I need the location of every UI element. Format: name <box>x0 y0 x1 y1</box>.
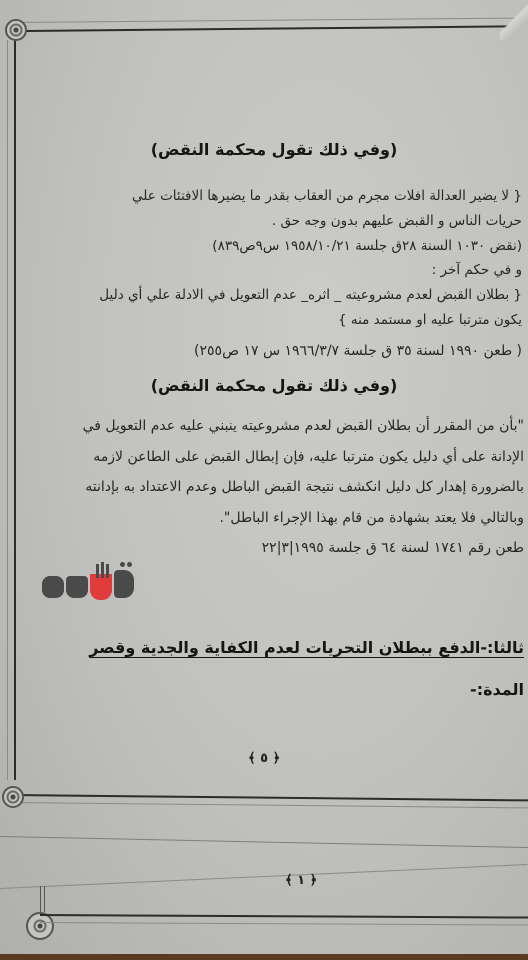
quote-line: { لا يضير العدالة افلات مجرم من العقاب ب… <box>132 188 522 204</box>
quote-line: "بأن من المقرر أن بطلان القبض لعدم مشروع… <box>83 418 524 434</box>
quote-line: يكون مترتبا عليه او مستمد منه } <box>338 312 522 328</box>
corner-ornament-icon <box>2 786 24 808</box>
section-heading: (وفي ذلك تقول محكمة النقض) <box>40 140 508 159</box>
section-title: ثالثا:-الدفع ببطلان التحريات لعدم الكفاي… <box>89 638 524 657</box>
next-page-frame-post <box>40 886 45 912</box>
frame-border-left <box>14 40 16 780</box>
page-number: ﴿ ٥ ﴾ <box>248 751 280 766</box>
citation: (نقض ١٠٣٠ السنة ٢٨ق جلسة ١٩٥٨/١٠/٢١ س٩ص٨… <box>212 238 522 254</box>
section-title: المدة:- <box>470 680 524 699</box>
next-page-number: ﴿ ١ ﴾ <box>285 873 317 888</box>
corner-ornament-icon <box>5 19 27 41</box>
quote-line: الإدانة على أي دليل يكون مترتبا عليه، فإ… <box>93 449 524 465</box>
corner-ornament-icon <box>26 912 54 940</box>
frame-border-left-outer <box>7 40 8 780</box>
quote-line: وبالتالي فلا يعتد بشهادة من قام بهذا الإ… <box>219 510 524 526</box>
page-fold <box>500 0 528 40</box>
quote-line: { بطلان القبض لعدم مشروعيته _ اثره_ عدم … <box>99 287 522 303</box>
watermark-logo <box>42 562 137 606</box>
intro-text: و في حكم آخر : <box>432 262 522 278</box>
citation: ( طعن ١٩٩٠ لسنة ٣٥ ق جلسة ١٩٦٦/٣/٧ س ١٧ … <box>194 343 522 359</box>
table-surface <box>0 954 528 960</box>
section-heading: (وفي ذلك تقول محكمة النقض) <box>40 376 508 395</box>
citation: طعن رقم ١٧٤١ لسنة ٦٤ ق جلسة ١٩٩٥|٣|٢٢ <box>262 540 524 556</box>
quote-line: حريات الناس و القبض عليهم بدون وجه حق . <box>272 213 522 229</box>
quote-line: بالضرورة إهدار كل دليل انكشف نتيجة القبض… <box>85 479 524 495</box>
